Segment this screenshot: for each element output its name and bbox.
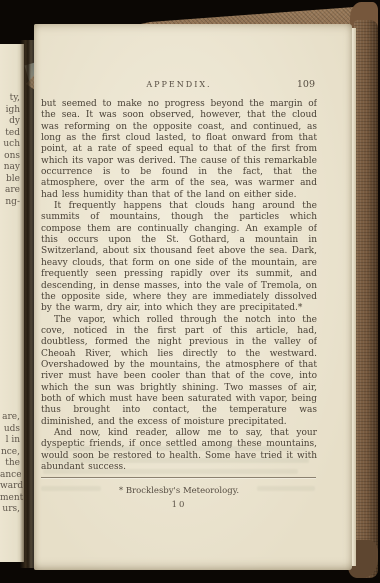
- running-head: APPENDIX. 109: [41, 80, 317, 92]
- running-title: APPENDIX.: [41, 80, 317, 89]
- page-number: 109: [297, 79, 315, 90]
- footnote-rule: [41, 477, 316, 478]
- text-fragment: uds: [0, 424, 22, 436]
- footnote: * Brocklesby's Meteorology.: [41, 486, 317, 496]
- text-fragment: ble: [0, 174, 22, 186]
- text-fragment: the: [0, 458, 22, 470]
- text-fragment: ons: [0, 151, 22, 163]
- text-fragment: nce,: [0, 447, 22, 459]
- cover-cloth-texture: [354, 20, 378, 578]
- text-fragment: ment: [0, 493, 22, 505]
- facing-page-text-fragments-bottom: are, uds l in nce, the ance ward ment ur…: [0, 412, 22, 516]
- text-fragment: l in: [0, 435, 22, 447]
- ink-bleed-through: [43, 469, 298, 474]
- text-fragment: ty,: [0, 93, 22, 105]
- body-text: but seemed to make no progress beyond th…: [41, 99, 317, 473]
- paragraph: but seemed to make no progress beyond th…: [41, 99, 317, 201]
- paragraph: The vapor, which rolled through the notc…: [41, 315, 317, 428]
- book-page: APPENDIX. 109 but seemed to make no prog…: [34, 24, 352, 570]
- text-fragment: ward: [0, 481, 22, 493]
- page-text-block: APPENDIX. 109 but seemed to make no prog…: [41, 80, 317, 550]
- text-fragment: nay: [0, 162, 22, 174]
- text-fragment: are,: [0, 412, 22, 424]
- text-fragment: ance: [0, 470, 22, 482]
- paragraph: It frequently happens that clouds hang a…: [41, 201, 317, 314]
- text-fragment: are: [0, 185, 22, 197]
- facing-page-text-fragments-top: ty, igh dy ted uch ons nay ble are ng-: [0, 93, 22, 208]
- signature-mark: 10: [41, 500, 317, 510]
- text-fragment: igh: [0, 105, 22, 117]
- text-fragment: urs,: [0, 504, 22, 516]
- text-fragment: ng-: [0, 197, 22, 209]
- text-fragment: dy: [0, 116, 22, 128]
- text-fragment: ted: [0, 128, 22, 140]
- book-photo-scene: ty, igh dy ted uch ons nay ble are ng- a…: [0, 0, 380, 583]
- text-fragment: uch: [0, 139, 22, 151]
- ink-bleed-through: [45, 446, 307, 451]
- ink-bleed-through: [41, 458, 309, 463]
- book-right-cover-edge: [354, 20, 378, 578]
